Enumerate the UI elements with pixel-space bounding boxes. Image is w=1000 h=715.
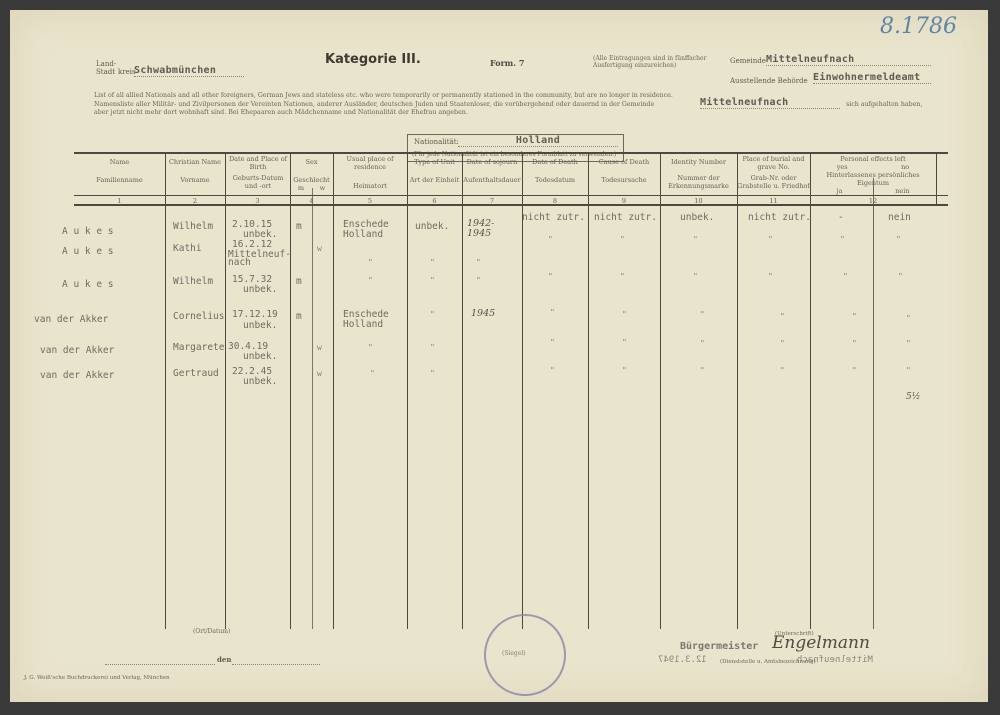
surname: A u k e s bbox=[62, 227, 113, 237]
residence: " bbox=[368, 276, 373, 285]
col-header-de: Grab-Nr. oder Grabstelle u. Friedhof bbox=[737, 174, 810, 190]
death-date: " bbox=[550, 338, 555, 347]
kreis-label: kreis bbox=[118, 68, 136, 76]
col-number: 1 bbox=[74, 197, 165, 205]
intro-text: List of all allied Nationals and all oth… bbox=[94, 92, 673, 118]
sojourn: " bbox=[476, 276, 481, 285]
intro-gemeinde-value: Mittelneufnach bbox=[700, 97, 840, 109]
surname: van der Akker bbox=[40, 371, 114, 381]
col-number: 11 bbox=[737, 197, 810, 205]
death-cause: " bbox=[622, 310, 627, 319]
death-date: " bbox=[548, 272, 553, 281]
den-label: den bbox=[217, 655, 231, 664]
effects-yes: " bbox=[843, 272, 848, 281]
sex-m: m bbox=[296, 312, 302, 322]
date-line bbox=[232, 658, 320, 665]
first-name: Gertraud bbox=[173, 369, 219, 379]
col-header-en: Date of Death bbox=[522, 158, 588, 166]
col-header-de: Nummer der Erkennungsmarke bbox=[660, 174, 737, 190]
signature-name-mirrored: Mittelneufnach bbox=[797, 655, 873, 665]
death-date: " bbox=[550, 366, 555, 375]
col-number: 12 bbox=[810, 197, 936, 205]
land-stadt-label: Land- Stadt bbox=[96, 60, 116, 76]
identity-number: " bbox=[693, 272, 698, 281]
unit: " bbox=[430, 276, 435, 285]
death-cause: " bbox=[622, 338, 627, 347]
surname: van der Akker bbox=[40, 346, 114, 356]
ausstellende-behoerde-value: Einwohnermeldeamt bbox=[813, 72, 931, 84]
gemeinde-label: Gemeinde bbox=[730, 57, 766, 65]
form-note-line: (Alle Eintragungen sind in fünffacher bbox=[593, 55, 706, 62]
residence-line-2: Holland bbox=[343, 230, 383, 240]
residence: " bbox=[368, 343, 373, 352]
kreis-value: Schwabmünchen bbox=[134, 65, 244, 77]
first-name: Margarete bbox=[173, 343, 224, 353]
nationality-value: Holland bbox=[458, 135, 618, 147]
surname: A u k e s bbox=[62, 247, 113, 257]
burial-place: " bbox=[768, 272, 773, 281]
col-header-en: Christian Name bbox=[165, 158, 225, 166]
gemeinde-value: Mittelneufnach bbox=[766, 54, 931, 66]
col-header-sub: m bbox=[298, 184, 304, 192]
col-header-en: Personal effects left bbox=[810, 155, 936, 163]
archive-reference-number: 8.1786 bbox=[880, 14, 957, 39]
birth-place: Mittelneuf-nach bbox=[228, 251, 290, 267]
col-header-5: Usual place of residence Heimatort bbox=[333, 155, 407, 190]
intro-suffix: sich aufgehalten haben, bbox=[846, 101, 923, 108]
identity-number: " bbox=[700, 310, 705, 319]
col-number: 4 bbox=[290, 197, 333, 205]
burial-place: " bbox=[780, 339, 785, 348]
sex-w: w bbox=[317, 343, 322, 352]
col-divider bbox=[462, 152, 463, 629]
col-header-en: Name bbox=[74, 158, 165, 166]
unit: " bbox=[430, 369, 435, 378]
col-divider bbox=[660, 152, 661, 629]
printer-note: J. G. Weiß'sche Buchdruckerei und Verlag… bbox=[24, 675, 170, 681]
col-divider bbox=[588, 152, 589, 629]
col-divider bbox=[165, 152, 166, 629]
col-number: 10 bbox=[660, 197, 737, 205]
death-date: " bbox=[550, 308, 555, 317]
col-divider bbox=[290, 152, 291, 629]
table-right-border bbox=[936, 152, 937, 206]
col-header-de: Hinterlassenes persönliches Eigentum bbox=[810, 171, 936, 187]
effects-no: " bbox=[896, 235, 901, 244]
first-name: Wilhelm bbox=[173, 277, 213, 287]
col-header-en: Cause of Death bbox=[588, 158, 660, 166]
col-number: 6 bbox=[407, 197, 462, 205]
margin-note: 5½ bbox=[906, 392, 920, 402]
effects-yes: " bbox=[852, 366, 857, 375]
effects-yes: - bbox=[838, 213, 844, 223]
residence-line-2: Holland bbox=[343, 320, 383, 330]
col-header-sub: w bbox=[320, 184, 326, 192]
first-name: Wilhelm bbox=[173, 222, 213, 232]
death-cause: nicht zutr. bbox=[594, 213, 657, 223]
col-number: 9 bbox=[588, 197, 660, 205]
col-header-en: Place of burial and grave No. bbox=[737, 155, 810, 171]
stadt-label: Stadt bbox=[96, 68, 116, 76]
place-label: (Ort/Datum) bbox=[193, 628, 230, 635]
effects-no: nein bbox=[888, 213, 911, 223]
death-cause: " bbox=[622, 366, 627, 375]
seal-label: (Siegel) bbox=[502, 650, 526, 657]
col-header-de: Todesursache bbox=[588, 176, 660, 184]
identity-number: " bbox=[700, 366, 705, 375]
effects-no: " bbox=[906, 314, 911, 323]
col-header-1: Name Familienname bbox=[74, 158, 165, 184]
table-top-border bbox=[74, 152, 948, 154]
ausstellende-behoerde-label: Ausstellende Behörde bbox=[730, 77, 808, 85]
col-header-de: Geburts-Datum und -ort bbox=[228, 174, 288, 190]
unit: " bbox=[430, 343, 435, 352]
col-header-11: Place of burial and grave No. Grab-Nr. o… bbox=[737, 155, 810, 190]
col-number: 2 bbox=[165, 197, 225, 205]
col-header-en: Type of Unit bbox=[407, 158, 462, 166]
col-number: 7 bbox=[462, 197, 522, 205]
col-divider bbox=[333, 152, 334, 629]
signature-title: Bürgermeister bbox=[680, 641, 758, 652]
col-header-de: Familienname bbox=[74, 176, 165, 184]
col-header-sub: nein bbox=[895, 187, 909, 195]
burial-place: " bbox=[780, 312, 785, 321]
col-divider bbox=[225, 152, 226, 629]
death-cause: " bbox=[620, 272, 625, 281]
sojourn-line-2: 1945 bbox=[467, 229, 491, 239]
col-header-sub: yes bbox=[837, 163, 848, 171]
effects-no: " bbox=[906, 366, 911, 375]
intro-line-german-2: aber jetzt nicht mehr dort wohnhaft sind… bbox=[94, 109, 673, 118]
signature-date-mirrored: 12.3.1947 bbox=[658, 655, 707, 665]
col-header-en: Sex bbox=[290, 158, 333, 166]
unit: " bbox=[430, 258, 435, 267]
intro-line-german: Namensliste aller Militär- und Zivilpers… bbox=[94, 101, 673, 110]
birth-place: unbek. bbox=[243, 377, 277, 387]
identity-number: unbek. bbox=[680, 213, 714, 223]
sojourn: " bbox=[476, 258, 481, 267]
intro-line-english: List of all allied Nationals and all oth… bbox=[94, 92, 673, 101]
col-header-de: Vorname bbox=[165, 176, 225, 184]
unit: unbek. bbox=[415, 222, 449, 232]
effects-yes: " bbox=[852, 339, 857, 348]
sex-m: m bbox=[296, 222, 302, 232]
place-line bbox=[105, 658, 215, 665]
col-header-en: Date of sojourn bbox=[462, 158, 522, 166]
form-note-line: Ausfertigung einzureichen) bbox=[593, 62, 706, 69]
col-number: 3 bbox=[225, 197, 290, 205]
col-divider bbox=[522, 152, 523, 629]
col-header-en: Usual place of residence bbox=[333, 155, 407, 171]
col-header-6: Type of Unit Art der Einheit bbox=[407, 158, 462, 184]
sex-m: m bbox=[296, 277, 302, 287]
nationality-label: Nationalität: bbox=[414, 138, 459, 146]
col-header-de: Todesdatum bbox=[522, 176, 588, 184]
col-header-en: Identity Number bbox=[660, 158, 737, 166]
col-header-sub: no bbox=[901, 163, 909, 171]
form-label: Form. 7 bbox=[490, 58, 524, 68]
col-header-en: Date and Place of Birth bbox=[228, 155, 288, 171]
handwritten-signature: Engelmann bbox=[772, 633, 870, 653]
official-seal-stamp: (Siegel) bbox=[484, 614, 566, 696]
col-header-de: Aufenthaltsdauer bbox=[462, 176, 522, 184]
death-date: " bbox=[548, 235, 553, 244]
effects-subcol-divider bbox=[873, 178, 874, 629]
sex-subcol-divider bbox=[312, 188, 313, 629]
col-header-7: Date of sojourn Aufenthaltsdauer bbox=[462, 158, 522, 184]
col-header-12: Personal effects left yesno Hinterlassen… bbox=[810, 155, 936, 195]
birth-place: unbek. bbox=[243, 285, 277, 295]
col-divider bbox=[737, 152, 738, 629]
burial-place: " bbox=[768, 235, 773, 244]
sex-w: w bbox=[317, 369, 322, 378]
col-header-4: Sex Geschlecht mw bbox=[290, 158, 333, 192]
col-header-9: Cause of Death Todesursache bbox=[588, 158, 660, 184]
col-number: 5 bbox=[333, 197, 407, 205]
death-cause: " bbox=[620, 235, 625, 244]
unit: " bbox=[430, 310, 435, 319]
col-header-de: Geschlecht bbox=[290, 176, 333, 184]
burial-place: " bbox=[780, 366, 785, 375]
residence: " bbox=[368, 258, 373, 267]
col-header-sub: ja bbox=[836, 187, 842, 195]
effects-no: " bbox=[898, 272, 903, 281]
sex-w: w bbox=[317, 244, 322, 253]
col-divider bbox=[810, 152, 811, 629]
birth-place: unbek. bbox=[243, 321, 277, 331]
col-header-10: Identity Number Nummer der Erkennungsmar… bbox=[660, 158, 737, 190]
residence: " bbox=[370, 369, 375, 378]
first-name: Kathi bbox=[173, 244, 202, 254]
burial-place: nicht zutr. bbox=[748, 213, 811, 223]
effects-no: " bbox=[906, 339, 911, 348]
col-header-3: Date and Place of Birth Geburts-Datum un… bbox=[228, 155, 288, 190]
land-label: Land- bbox=[96, 60, 116, 68]
identity-number: " bbox=[700, 339, 705, 348]
col-header-de: Heimatort bbox=[333, 182, 407, 190]
document-page: 8.1786 Land- Stadt kreis Schwabmünchen K… bbox=[10, 10, 988, 702]
table-header-divider bbox=[74, 195, 948, 196]
effects-yes: " bbox=[840, 235, 845, 244]
col-header-2: Christian Name Vorname bbox=[165, 158, 225, 184]
sojourn: 1945 bbox=[471, 309, 495, 319]
surname: van der Akker bbox=[34, 315, 108, 325]
surname: A u k e s bbox=[62, 280, 113, 290]
death-date: nicht zutr. bbox=[522, 213, 585, 223]
col-header-8: Date of Death Todesdatum bbox=[522, 158, 588, 184]
first-name: Cornelius bbox=[173, 312, 224, 322]
effects-yes: " bbox=[852, 312, 857, 321]
category-title: Kategorie III. bbox=[325, 52, 421, 67]
col-number: 8 bbox=[522, 197, 588, 205]
identity-number: " bbox=[693, 235, 698, 244]
birth-place: unbek. bbox=[243, 352, 277, 362]
form-note: (Alle Eintragungen sind in fünffacher Au… bbox=[593, 55, 706, 69]
col-header-de: Art der Einheit bbox=[407, 176, 462, 184]
col-divider bbox=[407, 152, 408, 629]
birth-date: 17.12.19 bbox=[232, 310, 278, 320]
